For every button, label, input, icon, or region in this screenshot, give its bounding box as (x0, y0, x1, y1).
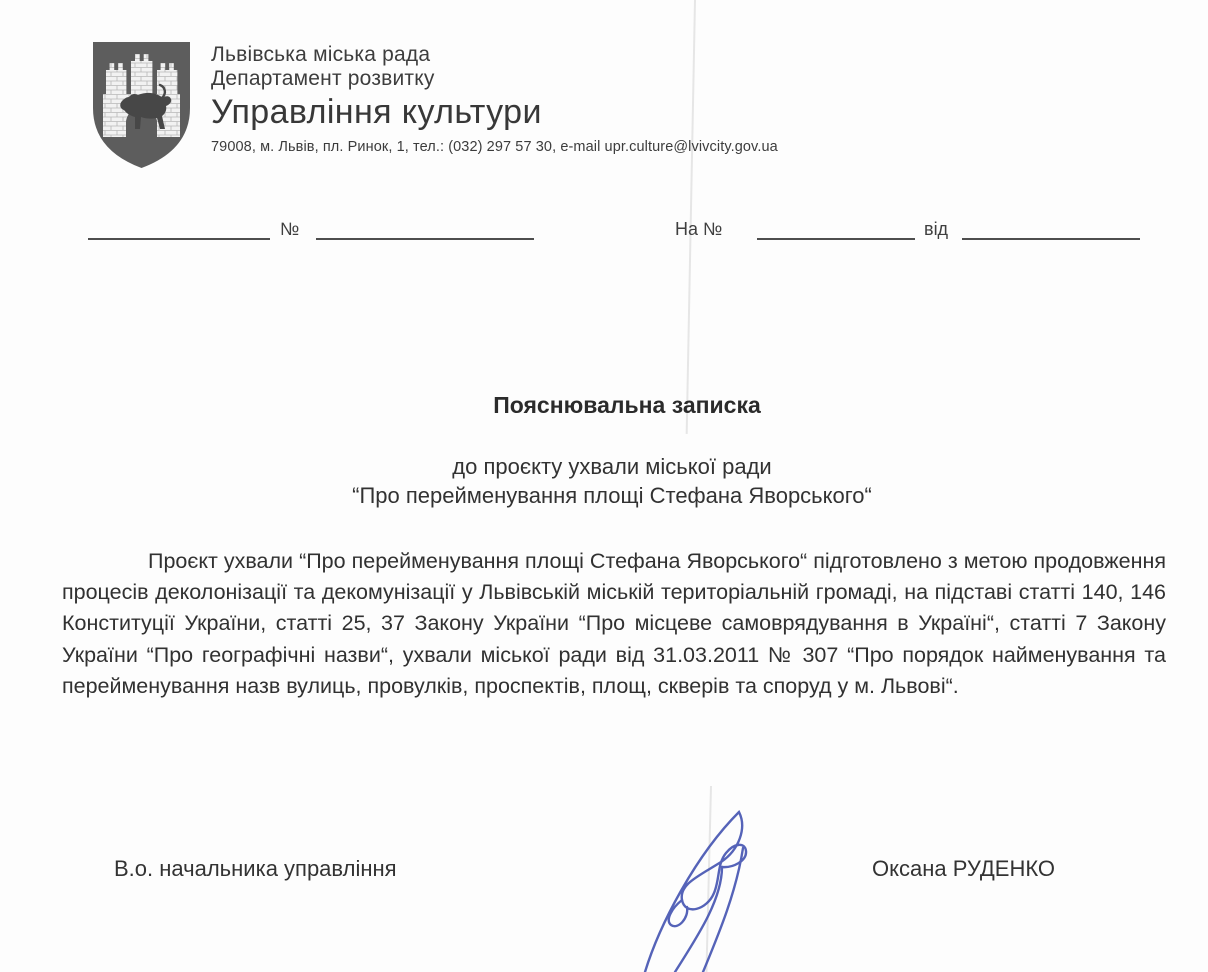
subtitle-line-2: “Про перейменування площі Стефана Яворсь… (0, 483, 1208, 509)
signer-position: В.о. начальника управління (114, 856, 397, 882)
contact-line: 79008, м. Львів, пл. Ринок, 1, тел.: (03… (211, 139, 778, 155)
reply-date-blank (962, 218, 1140, 240)
department-name: Департамент розвитку (211, 67, 778, 91)
signer-name: Оксана РУДЕНКО (872, 856, 1055, 882)
outgoing-date-blank (88, 218, 270, 240)
outgoing-number-blank (316, 218, 534, 240)
letterhead: Львівська міська рада Департамент розвит… (90, 40, 778, 170)
lviv-coat-of-arms-icon (90, 40, 193, 170)
office-name: Управління культури (211, 93, 778, 131)
reply-number-label: На № (675, 219, 722, 240)
document-page: Львівська міська рада Департамент розвит… (0, 0, 1208, 972)
council-name: Львівська міська рада (211, 43, 778, 67)
body-paragraph: Проєкт ухвали “Про перейменування площі … (62, 546, 1166, 702)
reply-number-blank (757, 218, 915, 240)
subtitle-line-1: до проєкту ухвали міської ради (0, 454, 1208, 480)
reply-date-label: від (924, 219, 948, 240)
document-title: Пояснювальна записка (0, 392, 1208, 419)
signature-ink (593, 798, 768, 972)
number-symbol: № (280, 219, 299, 240)
